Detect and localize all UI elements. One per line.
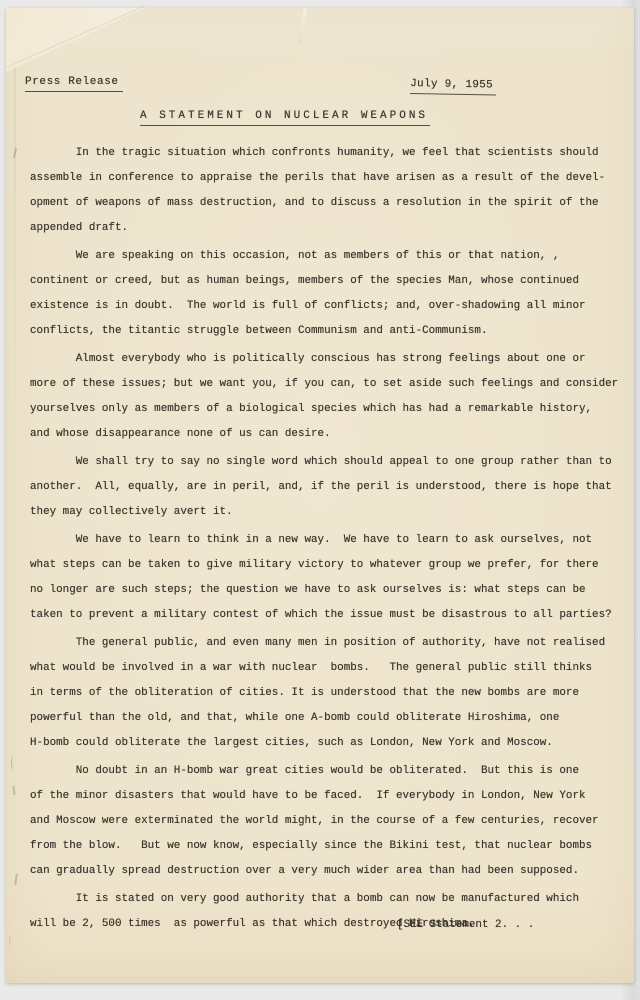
document-body: In the tragic situation which confronts … — [30, 141, 630, 940]
paragraph: Almost everybody who is politically cons… — [30, 347, 630, 447]
text-line: what steps can be taken to give military… — [30, 553, 630, 578]
paragraph: We shall try to say no single word which… — [30, 450, 630, 525]
footer-note: [SEE Statement 2. . . — [397, 919, 534, 931]
text-line: from the blow. But we now know, especial… — [30, 834, 630, 859]
text-line: another. All, equally, are in peril, and… — [30, 475, 630, 500]
text-line: assemble in conference to appraise the p… — [30, 166, 630, 191]
text-line: they may collectively avert it. — [30, 500, 630, 525]
text-line: and whose disappearance none of us can d… — [30, 422, 630, 447]
text-line: existence is in doubt. The world is full… — [30, 294, 630, 319]
document-title: A STATEMENT ON NUCLEAR WEAPONS — [140, 110, 430, 126]
text-line: We are speaking on this occasion, not as… — [30, 244, 630, 269]
text-line: taken to prevent a military contest of w… — [30, 603, 630, 628]
text-line: powerful than the old, and that, while o… — [30, 706, 630, 731]
text-line: no longer are such steps; the question w… — [30, 578, 630, 603]
paragraph: We are speaking on this occasion, not as… — [30, 244, 630, 344]
pencil-mark — [11, 756, 18, 770]
text-line: We have to learn to think in a new way. … — [30, 528, 630, 553]
text-line: what would be involved in a war with nuc… — [30, 656, 630, 681]
paragraph: In the tragic situation which confronts … — [30, 141, 630, 241]
text-line: will be 2, 500 times as powerful as that… — [30, 912, 630, 937]
text-line: Almost everybody who is politically cons… — [30, 347, 630, 372]
text-line: conflicts, the titantic struggle between… — [30, 319, 630, 344]
text-line: The general public, and even many men in… — [30, 631, 630, 656]
text-line: appended draft. — [30, 216, 630, 241]
scan-background: Press Release July 9, 1955 A STATEMENT O… — [0, 0, 640, 1000]
text-line: more of these issues; but we want you, i… — [30, 372, 630, 397]
text-line: We shall try to say no single word which… — [30, 450, 630, 475]
text-line: In the tragic situation which confronts … — [30, 141, 630, 166]
paper-fold — [6, 8, 144, 72]
paper-crease-left — [14, 68, 16, 488]
paper-crease — [298, 8, 307, 44]
text-line: can gradually spread destruction over a … — [30, 859, 630, 884]
paragraph: It is stated on very good authority that… — [30, 887, 630, 937]
text-line: yourselves only as members of a biologic… — [30, 397, 630, 422]
paragraph: No doubt in an H-bomb war great cities w… — [30, 759, 630, 884]
date-label: July 9, 1955 — [410, 78, 496, 95]
press-release-label: Press Release — [25, 76, 123, 92]
text-line: continent or creed, but as human beings,… — [30, 269, 630, 294]
text-line: opment of weapons of mass destruction, a… — [30, 191, 630, 216]
text-line: It is stated on very good authority that… — [30, 887, 630, 912]
text-line: of the minor disasters that would have t… — [30, 784, 630, 809]
text-line: and Moscow were exterminated the world m… — [30, 809, 630, 834]
text-line: H-bomb could obliterate the largest citi… — [30, 731, 630, 756]
paragraph: We have to learn to think in a new way. … — [30, 528, 630, 628]
paragraph: The general public, and even many men in… — [30, 631, 630, 756]
text-line: No doubt in an H-bomb war great cities w… — [30, 759, 630, 784]
text-line: in terms of the obliteration of cities. … — [30, 681, 630, 706]
